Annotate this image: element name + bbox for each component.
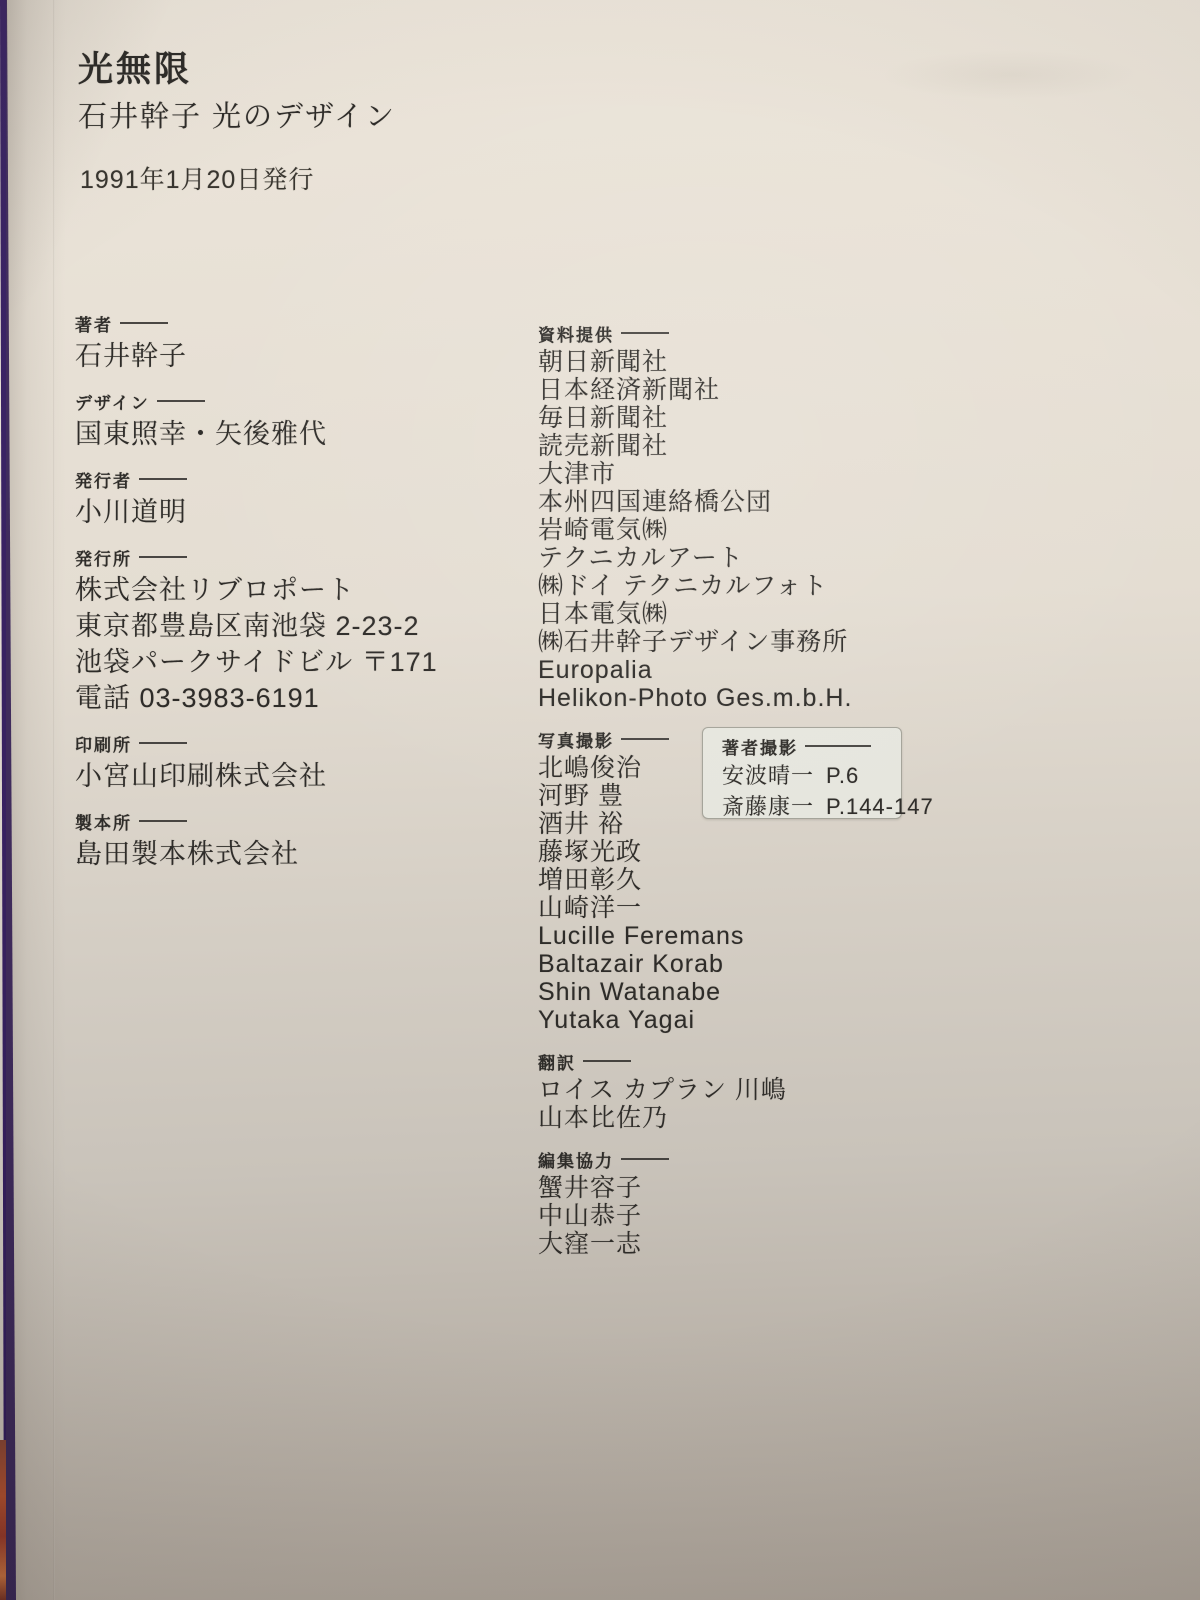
label-dash-rule (621, 738, 669, 740)
section-label-row: 印刷所 (75, 732, 515, 754)
section-lines: 島田製本株式会社 (75, 836, 515, 872)
credit-line: 石井幹子 (75, 338, 515, 374)
credit-section: デザイン 国東照幸・矢後雅代 (75, 390, 515, 452)
credit-section: 発行者 小川道明 (75, 468, 515, 530)
publish-date: 1991年1月20日発行 (80, 160, 314, 196)
photographer-pages: P.144-147 (826, 791, 934, 822)
label-dash-rule (157, 400, 205, 402)
credit-line: 株式会社リブロポート (75, 572, 515, 608)
book-cover-corner (0, 1440, 6, 1600)
credit-line: 岩崎電気㈱ (538, 516, 1018, 544)
section-lines: 株式会社リブロポート東京都豊島区南池袋 2-23-2池袋パークサイドビル 〒17… (75, 572, 515, 716)
section-lines: 小宮山印刷株式会社 (75, 758, 515, 794)
credit-section: 発行所 株式会社リブロポート東京都豊島区南池袋 2-23-2池袋パークサイドビル… (75, 546, 515, 716)
section-label-row: 著者 (75, 312, 515, 334)
section-lines: 朝日新聞社日本経済新聞社毎日新聞社読売新聞社大津市本州四国連絡橋公団岩崎電気㈱テ… (538, 348, 1018, 712)
section-lines: ロイス カプラン 川嶋山本比佐乃 (538, 1076, 1018, 1132)
book-spine-edge (0, 0, 18, 1600)
section-label: 発行者 (75, 467, 132, 492)
sticker-entry: 斎藤康一 P.144-147 (722, 791, 901, 822)
section-label-row: 資料提供 (538, 322, 1018, 344)
credit-line: 山崎洋一 (538, 894, 1018, 922)
photographer-name: 安波晴一 (722, 760, 814, 791)
credit-section: 著者 石井幹子 (75, 312, 515, 374)
section-label: デザイン (75, 389, 150, 414)
credit-section: 印刷所 小宮山印刷株式会社 (75, 732, 515, 794)
label-dash-rule (805, 745, 871, 747)
credit-section: 編集協力 蟹井容子中山恭子大窪一志 (538, 1148, 1018, 1258)
section-label: 資料提供 (538, 321, 614, 346)
credit-line: 増田彰久 (538, 866, 1018, 894)
page-edge-shadow (6, 0, 66, 1600)
section-label-row: 翻訳 (538, 1050, 1018, 1072)
paper-smudge (880, 50, 1140, 100)
credit-line: 藤塚光政 (538, 838, 1018, 866)
credit-line: 大津市 (538, 460, 1018, 488)
label-dash-rule (139, 742, 187, 744)
section-label-row: 製本所 (75, 810, 515, 832)
section-label: 印刷所 (75, 731, 132, 756)
credit-line: 日本電気㈱ (538, 600, 1018, 628)
book-colophon-photo: { "header": { "title": "光無限", "subtitle"… (0, 0, 1200, 1600)
section-label: 著者撮影 (722, 734, 798, 759)
book-title: 光無限 (78, 42, 192, 92)
section-lines: 国東照幸・矢後雅代 (75, 416, 515, 452)
section-label-row: デザイン (75, 390, 515, 412)
section-lines: 石井幹子 (75, 338, 515, 374)
section-label: 編集協力 (538, 1147, 614, 1172)
credit-line: 小宮山印刷株式会社 (75, 758, 515, 794)
credit-line: 電話 03-3983-6191 (75, 680, 515, 716)
credit-line: ㈱ドイ テクニカルフォト (538, 572, 1018, 600)
label-dash-rule (139, 820, 187, 822)
credit-line: 池袋パークサイドビル 〒171 (75, 644, 515, 680)
credit-line: Yutaka Yagai (538, 1006, 1018, 1034)
author-photo-sticker: 著者撮影 安波晴一 P.6 斎藤康一 P.144-147 (702, 727, 902, 819)
credit-line: 毎日新聞社 (538, 404, 1018, 432)
label-dash-rule (120, 322, 168, 324)
credit-line: Europalia (538, 656, 1018, 684)
credit-line: 東京都豊島区南池袋 2-23-2 (75, 608, 515, 644)
credit-line: 本州四国連絡橋公団 (538, 488, 1018, 516)
credit-line: 小川道明 (75, 494, 515, 530)
credit-line: Lucille Feremans (538, 922, 1018, 950)
credit-line: 国東照幸・矢後雅代 (75, 416, 515, 452)
section-label-row: 編集協力 (538, 1148, 1018, 1170)
photographer-pages: P.6 (826, 760, 859, 791)
credit-line: テクニカルアート (538, 544, 1018, 572)
credit-line: ロイス カプラン 川嶋 (538, 1076, 1018, 1104)
section-label-row: 著者撮影 (722, 737, 901, 755)
label-dash-rule (583, 1060, 631, 1062)
credit-line: Helikon-Photo Ges.m.b.H. (538, 684, 1018, 712)
section-lines: 蟹井容子中山恭子大窪一志 (538, 1174, 1018, 1258)
colophon-left-column: 著者 石井幹子 デザイン 国東照幸・矢後雅代 発行者 小川道明 発行所 株式会社… (75, 312, 515, 888)
section-label: 著者 (75, 311, 113, 336)
section-label: 翻訳 (538, 1049, 576, 1074)
section-label-row: 発行所 (75, 546, 515, 568)
photographer-name: 斎藤康一 (722, 791, 814, 822)
book-subtitle: 石井幹子 光のデザイン (78, 94, 396, 135)
credit-section: 翻訳 ロイス カプラン 川嶋山本比佐乃 (538, 1050, 1018, 1132)
label-dash-rule (621, 332, 669, 334)
credit-line: ㈱石井幹子デザイン事務所 (538, 628, 1018, 656)
credit-line: 日本経済新聞社 (538, 376, 1018, 404)
credit-line: Baltazair Korab (538, 950, 1018, 978)
section-label: 発行所 (75, 545, 132, 570)
label-dash-rule (139, 556, 187, 558)
label-dash-rule (139, 478, 187, 480)
page-crease (53, 0, 55, 1600)
section-label-row: 発行者 (75, 468, 515, 490)
section-lines: 小川道明 (75, 494, 515, 530)
credit-line: 中山恭子 (538, 1202, 1018, 1230)
credit-line: Shin Watanabe (538, 978, 1018, 1006)
credit-line: 大窪一志 (538, 1230, 1018, 1258)
credit-section: 資料提供 朝日新聞社日本経済新聞社毎日新聞社読売新聞社大津市本州四国連絡橋公団岩… (538, 322, 1018, 712)
label-dash-rule (621, 1158, 669, 1160)
credit-line: 読売新聞社 (538, 432, 1018, 460)
section-label: 製本所 (75, 809, 132, 834)
credit-line: 朝日新聞社 (538, 348, 1018, 376)
credit-line: 島田製本株式会社 (75, 836, 515, 872)
credit-section: 製本所 島田製本株式会社 (75, 810, 515, 872)
section-label: 写真撮影 (538, 727, 614, 752)
sticker-entry: 安波晴一 P.6 (722, 760, 901, 791)
credit-line: 山本比佐乃 (538, 1104, 1018, 1132)
credit-line: 蟹井容子 (538, 1174, 1018, 1202)
